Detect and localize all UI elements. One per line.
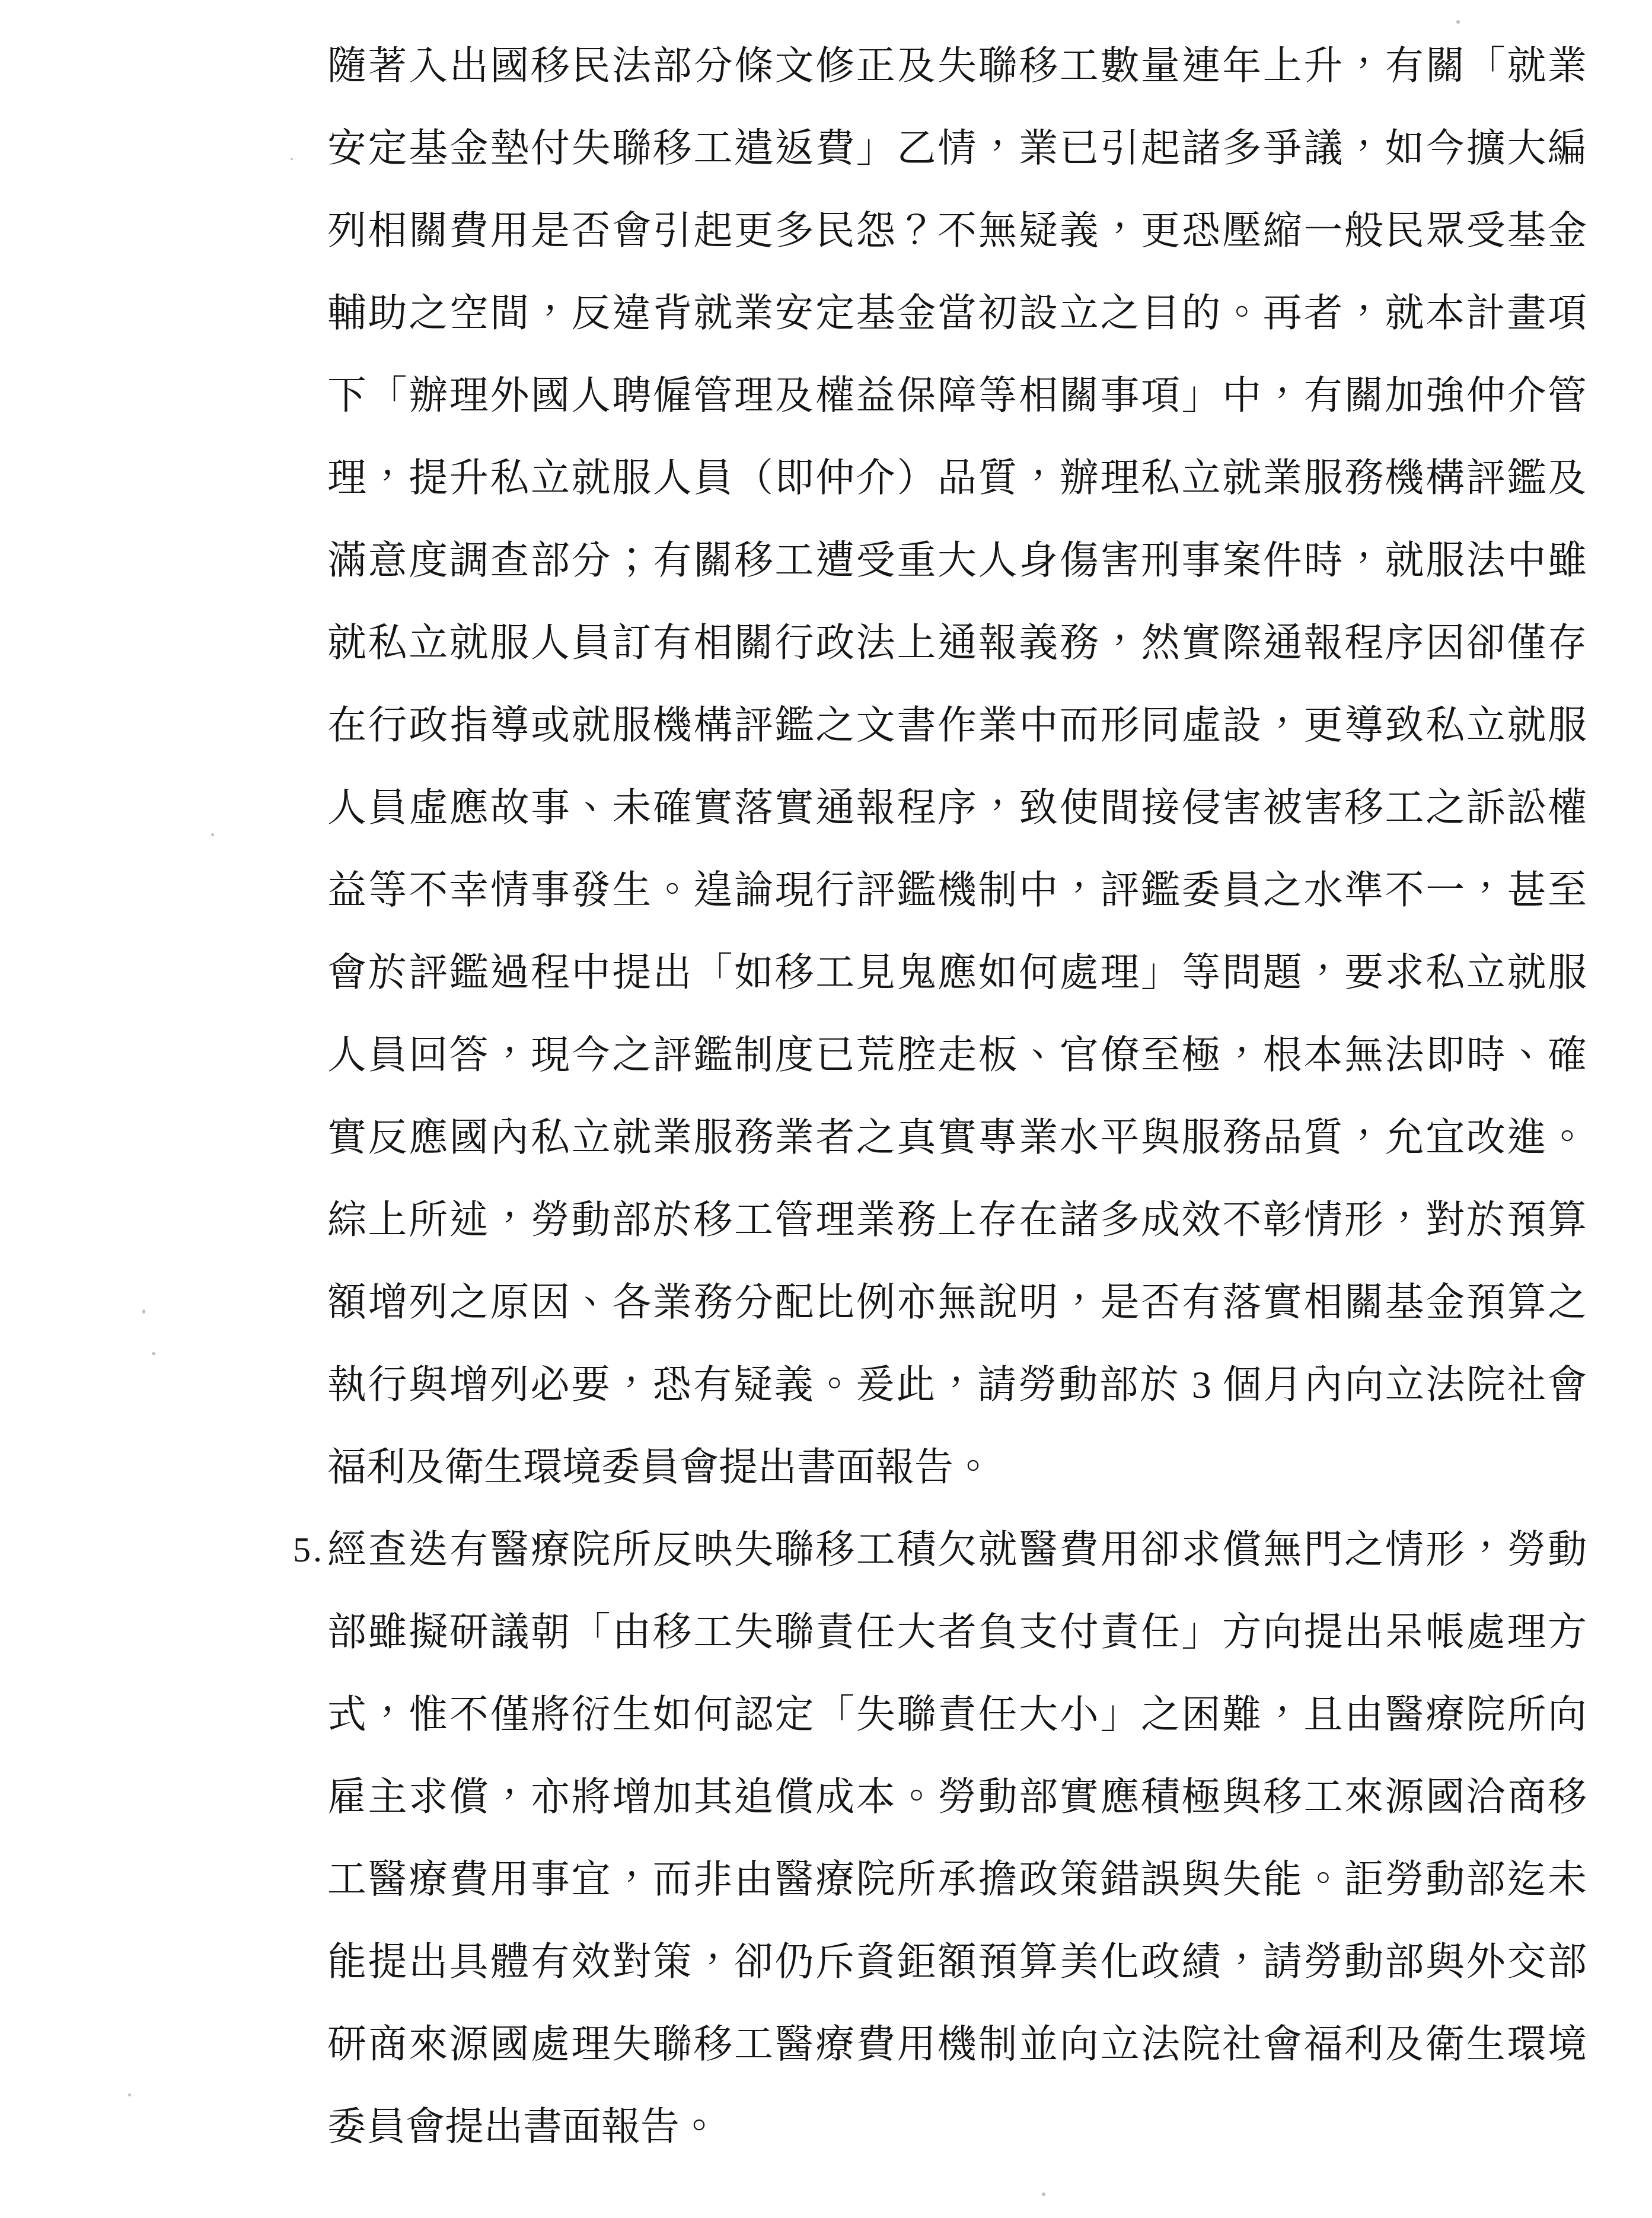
text-line: 在行政指導或就服機構評鑑之文書作業中而形同虛設，更導致私立就服: [327, 684, 1587, 767]
text-line: 額增列之原因、各業務分配比例亦無說明，是否有落實相關基金預算之: [327, 1261, 1587, 1344]
text-line: 會於評鑑過程中提出「如移工見鬼應如何處理」等問題，要求私立就服: [327, 932, 1587, 1014]
text-line: 益等不幸情事發生。遑論現行評鑑機制中，評鑑委員之水準不一，甚至: [327, 849, 1587, 932]
text-line: 工醫療費用事宜，而非由醫療院所承擔政策錯誤與失能。詎勞動部迄未: [327, 1838, 1587, 1921]
text-line: 綜上所述，勞動部於移工管理業務上存在諸多成效不彰情形，對於預算: [327, 1179, 1587, 1261]
text-line: 實反應國內私立就業服務業者之真實專業水平與服務品質，允宜改進。: [327, 1097, 1587, 1179]
text-line: 雇主求償，亦將增加其追償成本。勞動部實應積極與移工來源國洽商移: [327, 1756, 1587, 1838]
scan-noise-dot: [1042, 2192, 1045, 2196]
text-line: 下「辦理外國人聘僱管理及權益保障等相關事項」中，有關加強仲介管: [327, 355, 1587, 437]
scan-noise-dot: [128, 2093, 131, 2096]
list-item-5: 5. 經查迭有醫療院所反映失聯移工積欠就醫費用卻求償無門之情形，勞動 部雖擬研議…: [327, 1509, 1587, 2168]
scan-noise-dot: [291, 158, 293, 160]
list-item-4-continuation: 隨著入出國移民法部分條文修正及失聯移工數量連年上升，有關「就業 安定基金墊付失聯…: [327, 25, 1587, 1509]
text-line: 研商來源國處理失聯移工醫療費用機制並向立法院社會福利及衛生環境: [327, 2003, 1587, 2086]
text-line: 委員會提出書面報告。: [327, 2086, 1587, 2168]
text-line: 隨著入出國移民法部分條文修正及失聯移工數量連年上升，有關「就業: [327, 25, 1587, 107]
text-line: 執行與增列必要，恐有疑義。爰此，請勞動部於 3 個月內向立法院社會: [327, 1344, 1587, 1426]
text-line: 部雖擬研議朝「由移工失聯責任大者負支付責任」方向提出呆帳處理方: [327, 1591, 1587, 1674]
text-line: 就私立就服人員訂有相關行政法上通報義務，然實際通報程序因卻僅存: [327, 602, 1587, 684]
scan-noise-dot: [1456, 20, 1460, 24]
scan-noise-dot: [152, 1352, 155, 1355]
text-line: 列相關費用是否會引起更多民怨？不無疑義，更恐壓縮一般民眾受基金: [327, 190, 1587, 272]
scanned-page: 隨著入出國移民法部分條文修正及失聯移工數量連年上升，有關「就業 安定基金墊付失聯…: [0, 0, 1652, 2218]
scan-noise-dot: [142, 1309, 145, 1314]
text-line: 人員虛應故事、未確實落實通報程序，致使間接侵害被害移工之訴訟權: [327, 767, 1587, 849]
document-body: 隨著入出國移民法部分條文修正及失聯移工數量連年上升，有關「就業 安定基金墊付失聯…: [327, 25, 1587, 2168]
text-line: 能提出具體有效對策，卻仍斥資鉅額預算美化政績，請勞動部與外交部: [327, 1921, 1587, 2003]
text-line: 式，惟不僅將衍生如何認定「失聯責任大小」之困難，且由醫療院所向: [327, 1674, 1587, 1756]
text-line: 經查迭有醫療院所反映失聯移工積欠就醫費用卻求償無門之情形，勞動: [327, 1509, 1587, 1591]
text-line: 輔助之空間，反違背就業安定基金當初設立之目的。再者，就本計畫項: [327, 272, 1587, 355]
list-item-number: 5.: [293, 1509, 324, 1591]
text-line: 滿意度調查部分；有關移工遭受重大人身傷害刑事案件時，就服法中雖: [327, 520, 1587, 602]
text-line: 福利及衛生環境委員會提出書面報告。: [327, 1426, 1587, 1509]
scan-noise-dot: [211, 833, 214, 836]
text-line: 理，提升私立就服人員（即仲介）品質，辦理私立就業服務機構評鑑及: [327, 437, 1587, 520]
text-line: 人員回答，現今之評鑑制度已荒腔走板、官僚至極，根本無法即時、確: [327, 1014, 1587, 1097]
text-line: 安定基金墊付失聯移工遣返費」乙情，業已引起諸多爭議，如今擴大編: [327, 107, 1587, 190]
